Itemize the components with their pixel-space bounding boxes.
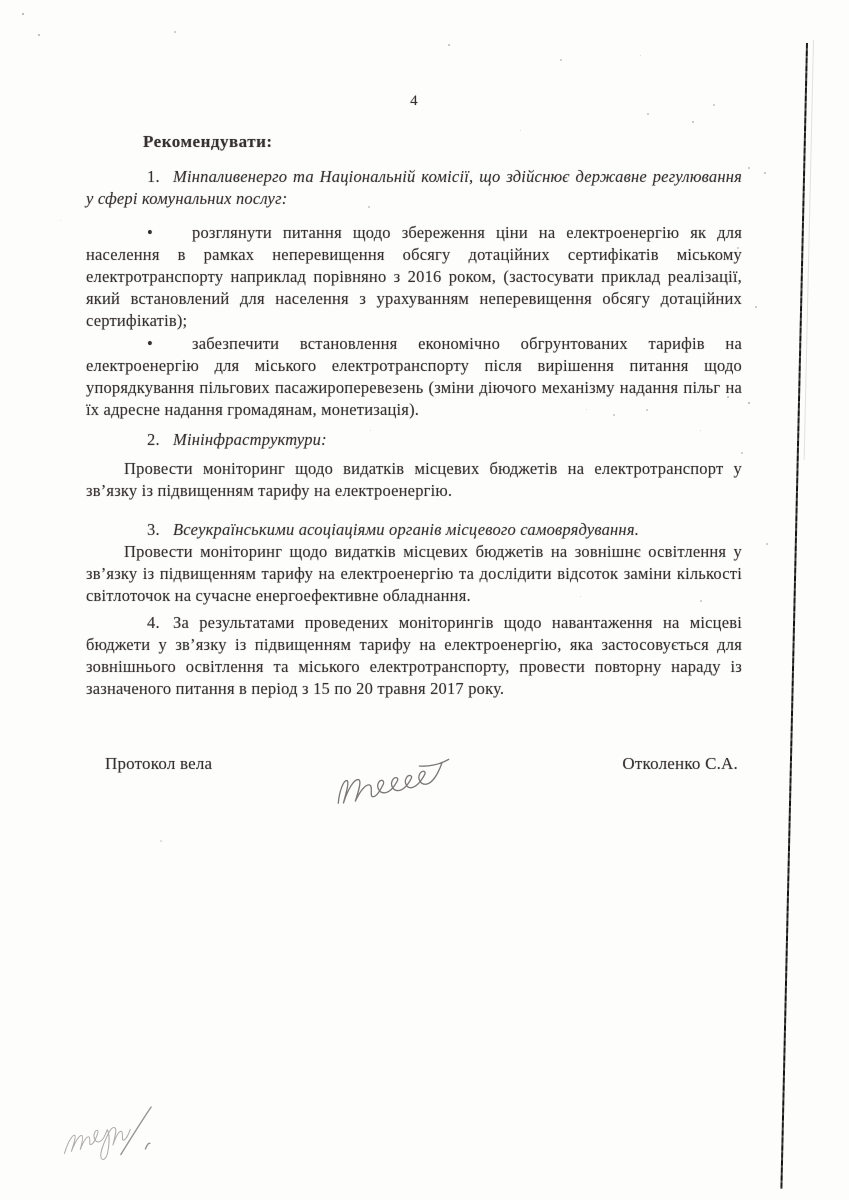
noise-speck	[741, 452, 743, 454]
list-item-1-text: Мінпаливенерго та Національній комісії, …	[86, 167, 742, 208]
bullet-2-marker: •	[147, 333, 192, 355]
handwritten-initials	[46, 1083, 183, 1171]
list-item-3-number: 3.	[147, 519, 173, 541]
noise-speck	[713, 104, 715, 106]
list-item-2-text: Мінінфраструктури:	[173, 430, 327, 449]
paragraph-monitoring-transport: Провести моніторинг щодо видатків місцев…	[86, 458, 742, 502]
noise-speck	[22, 13, 24, 15]
list-item-4-text: За результатами проведених моніторингів …	[86, 613, 742, 698]
secretary-name: Отколенко С.А.	[622, 753, 738, 775]
noise-speck	[38, 34, 40, 36]
bullet-item-2: •забезпечити встановлення економічно обг…	[86, 333, 742, 421]
noise-speck	[448, 44, 450, 46]
list-item-3-text: Всеукраїнськими асоціаціями органів місц…	[173, 520, 639, 539]
noise-speck	[737, 247, 739, 249]
noise-speck	[368, 206, 370, 208]
noise-speck	[755, 306, 757, 308]
noise-speck	[646, 409, 648, 411]
list-item-4-number: 4.	[147, 612, 173, 634]
scanned-document-page: 4 Рекомендувати: 1.Мінпаливенерго та Нац…	[0, 0, 849, 1200]
protocol-keeper-label: Протокол вела	[105, 753, 212, 775]
noise-speck	[560, 59, 562, 61]
noise-speck	[748, 167, 750, 169]
noise-speck	[727, 396, 729, 398]
list-item-3: 3.Всеукраїнськими асоціаціями органів мі…	[86, 519, 742, 541]
list-item-4: 4.За результатами проведених моніторингі…	[86, 612, 742, 700]
noise-speck	[613, 414, 615, 416]
page-number: 4	[86, 90, 742, 112]
noise-speck	[60, 220, 61, 221]
bullet-1-marker: •	[147, 222, 192, 244]
noise-speck	[692, 121, 694, 123]
noise-speck	[764, 172, 766, 174]
signature-row: Протокол вела Отколенко С.А.	[86, 753, 742, 775]
noise-speck	[160, 840, 162, 842]
recommendations-heading: Рекомендувати:	[86, 131, 742, 153]
noise-speck	[704, 388, 706, 390]
document-text-block: 4 Рекомендувати: 1.Мінпаливенерго та Нац…	[86, 0, 742, 775]
noise-speck	[700, 600, 702, 602]
list-item-1: 1.Мінпаливенерго та Національній комісії…	[86, 166, 742, 210]
noise-speck	[748, 402, 750, 404]
noise-speck	[174, 31, 176, 33]
noise-speck	[766, 543, 768, 545]
list-item-2-number: 2.	[147, 429, 173, 451]
noise-speck	[647, 113, 649, 115]
list-item-2: 2.Мінінфраструктури:	[86, 429, 742, 451]
bullet-item-1: •розглянути питання щодо збереження ціни…	[86, 222, 742, 332]
scan-artifact-line	[780, 43, 808, 1189]
list-item-1-number: 1.	[147, 166, 173, 188]
paragraph-monitoring-lighting: Провести моніторинг щодо видатків місцев…	[86, 541, 742, 607]
